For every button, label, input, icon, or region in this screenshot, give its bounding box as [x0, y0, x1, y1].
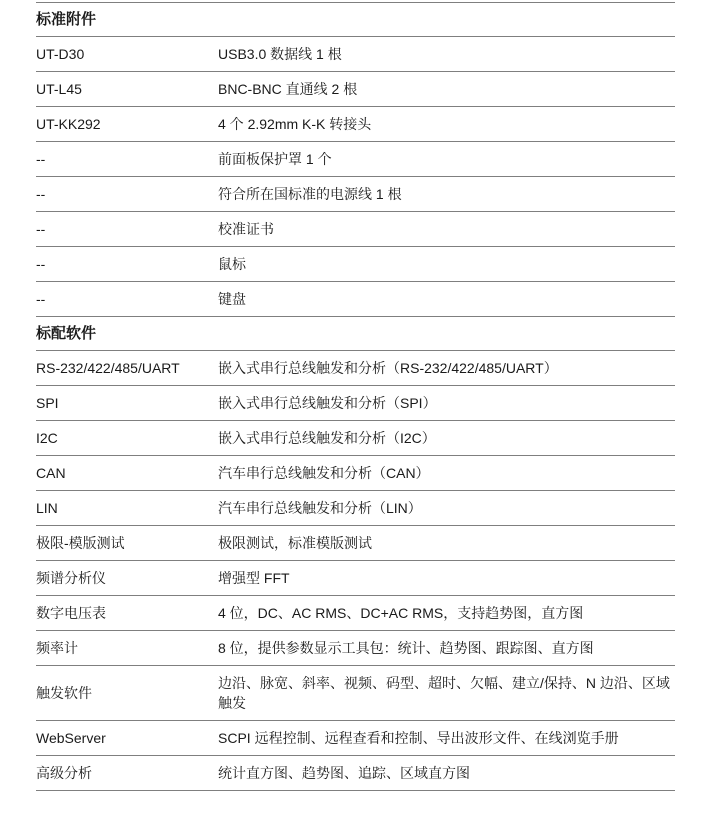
table-row: --前面板保护罩 1 个	[36, 142, 675, 177]
table-row: UT-L45BNC-BNC 直通线 2 根	[36, 72, 675, 107]
item-description-cell: 4 个 2.92mm K-K 转接头	[218, 114, 675, 134]
item-name-cell: 频率计	[36, 638, 218, 658]
table-row: LIN汽车串行总线触发和分析（LIN）	[36, 491, 675, 526]
item-name-cell: --	[36, 289, 218, 309]
item-name-cell: UT-KK292	[36, 114, 218, 134]
item-name-cell: SPI	[36, 393, 218, 413]
table-row: --校准证书	[36, 212, 675, 247]
table-row: UT-D30USB3.0 数据线 1 根	[36, 37, 675, 72]
section-title: 标配软件	[36, 325, 96, 342]
item-name-cell: 数字电压表	[36, 603, 218, 623]
item-name-cell: 极限-模版测试	[36, 533, 218, 553]
table-row: WebServerSCPI 远程控制、远程查看和控制、导出波形文件、在线浏览手册	[36, 721, 675, 756]
item-description-cell: 嵌入式串行总线触发和分析（RS-232/422/485/UART）	[218, 358, 675, 378]
table-row: I2C嵌入式串行总线触发和分析（I2C）	[36, 421, 675, 456]
item-name-cell: CAN	[36, 463, 218, 483]
table-row: 频谱分析仪增强型 FFT	[36, 561, 675, 596]
item-name-cell: --	[36, 219, 218, 239]
item-description-cell: 鼠标	[218, 254, 675, 274]
table-row: SPI嵌入式串行总线触发和分析（SPI）	[36, 386, 675, 421]
table-row: RS-232/422/485/UART嵌入式串行总线触发和分析（RS-232/4…	[36, 351, 675, 386]
item-description-cell: 键盘	[218, 289, 675, 309]
item-description-cell: 增强型 FFT	[218, 568, 675, 588]
item-description-cell: 汽车串行总线触发和分析（LIN）	[218, 498, 675, 518]
item-description-cell: 统计直方图、趋势图、追踪、区域直方图	[218, 763, 675, 783]
item-description-cell: 符合所在国标准的电源线 1 根	[218, 184, 675, 204]
item-description-cell: SCPI 远程控制、远程查看和控制、导出波形文件、在线浏览手册	[218, 728, 675, 748]
table-row: 高级分析统计直方图、趋势图、追踪、区域直方图	[36, 756, 675, 791]
item-name-cell: RS-232/422/485/UART	[36, 358, 218, 378]
table-row: 频率计8 位，提供参数显示工具包：统计、趋势图、跟踪图、直方图	[36, 631, 675, 666]
item-name-cell: UT-D30	[36, 44, 218, 64]
item-name-cell: 触发软件	[36, 683, 218, 703]
item-description-cell: 边沿、脉宽、斜率、视频、码型、超时、欠幅、建立/保持、N 边沿、区域触发	[218, 673, 675, 713]
item-description-cell: 汽车串行总线触发和分析（CAN）	[218, 463, 675, 483]
item-description-cell: 嵌入式串行总线触发和分析（I2C）	[218, 428, 675, 448]
item-description-cell: 4 位，DC、AC RMS、DC+AC RMS，支持趋势图，直方图	[218, 603, 675, 623]
table-row: 数字电压表4 位，DC、AC RMS、DC+AC RMS，支持趋势图，直方图	[36, 596, 675, 631]
table-row: 触发软件边沿、脉宽、斜率、视频、码型、超时、欠幅、建立/保持、N 边沿、区域触发	[36, 666, 675, 721]
table-row: CAN汽车串行总线触发和分析（CAN）	[36, 456, 675, 491]
item-name-cell: UT-L45	[36, 79, 218, 99]
item-name-cell: --	[36, 149, 218, 169]
item-description-cell: USB3.0 数据线 1 根	[218, 44, 675, 64]
item-description-cell: 前面板保护罩 1 个	[218, 149, 675, 169]
table-row: UT-KK2924 个 2.92mm K-K 转接头	[36, 107, 675, 142]
table-row: --鼠标	[36, 247, 675, 282]
section-title: 标准附件	[36, 11, 96, 28]
section-header: 标配软件	[36, 317, 675, 351]
item-name-cell: --	[36, 254, 218, 274]
table-row: --符合所在国标准的电源线 1 根	[36, 177, 675, 212]
item-description-cell: BNC-BNC 直通线 2 根	[218, 79, 675, 99]
item-description-cell: 校准证书	[218, 219, 675, 239]
item-description-cell: 嵌入式串行总线触发和分析（SPI）	[218, 393, 675, 413]
table-row: --键盘	[36, 282, 675, 317]
item-name-cell: 频谱分析仪	[36, 568, 218, 588]
item-description-cell: 8 位，提供参数显示工具包：统计、趋势图、跟踪图、直方图	[218, 638, 675, 658]
item-description-cell: 极限测试，标准模版测试	[218, 533, 675, 553]
spec-table: 标准附件UT-D30USB3.0 数据线 1 根UT-L45BNC-BNC 直通…	[36, 2, 675, 791]
table-row: 极限-模版测试极限测试，标准模版测试	[36, 526, 675, 561]
item-name-cell: LIN	[36, 498, 218, 518]
section-header: 标准附件	[36, 3, 675, 37]
item-name-cell: I2C	[36, 428, 218, 448]
item-name-cell: 高级分析	[36, 763, 218, 783]
item-name-cell: --	[36, 184, 218, 204]
item-name-cell: WebServer	[36, 728, 218, 748]
